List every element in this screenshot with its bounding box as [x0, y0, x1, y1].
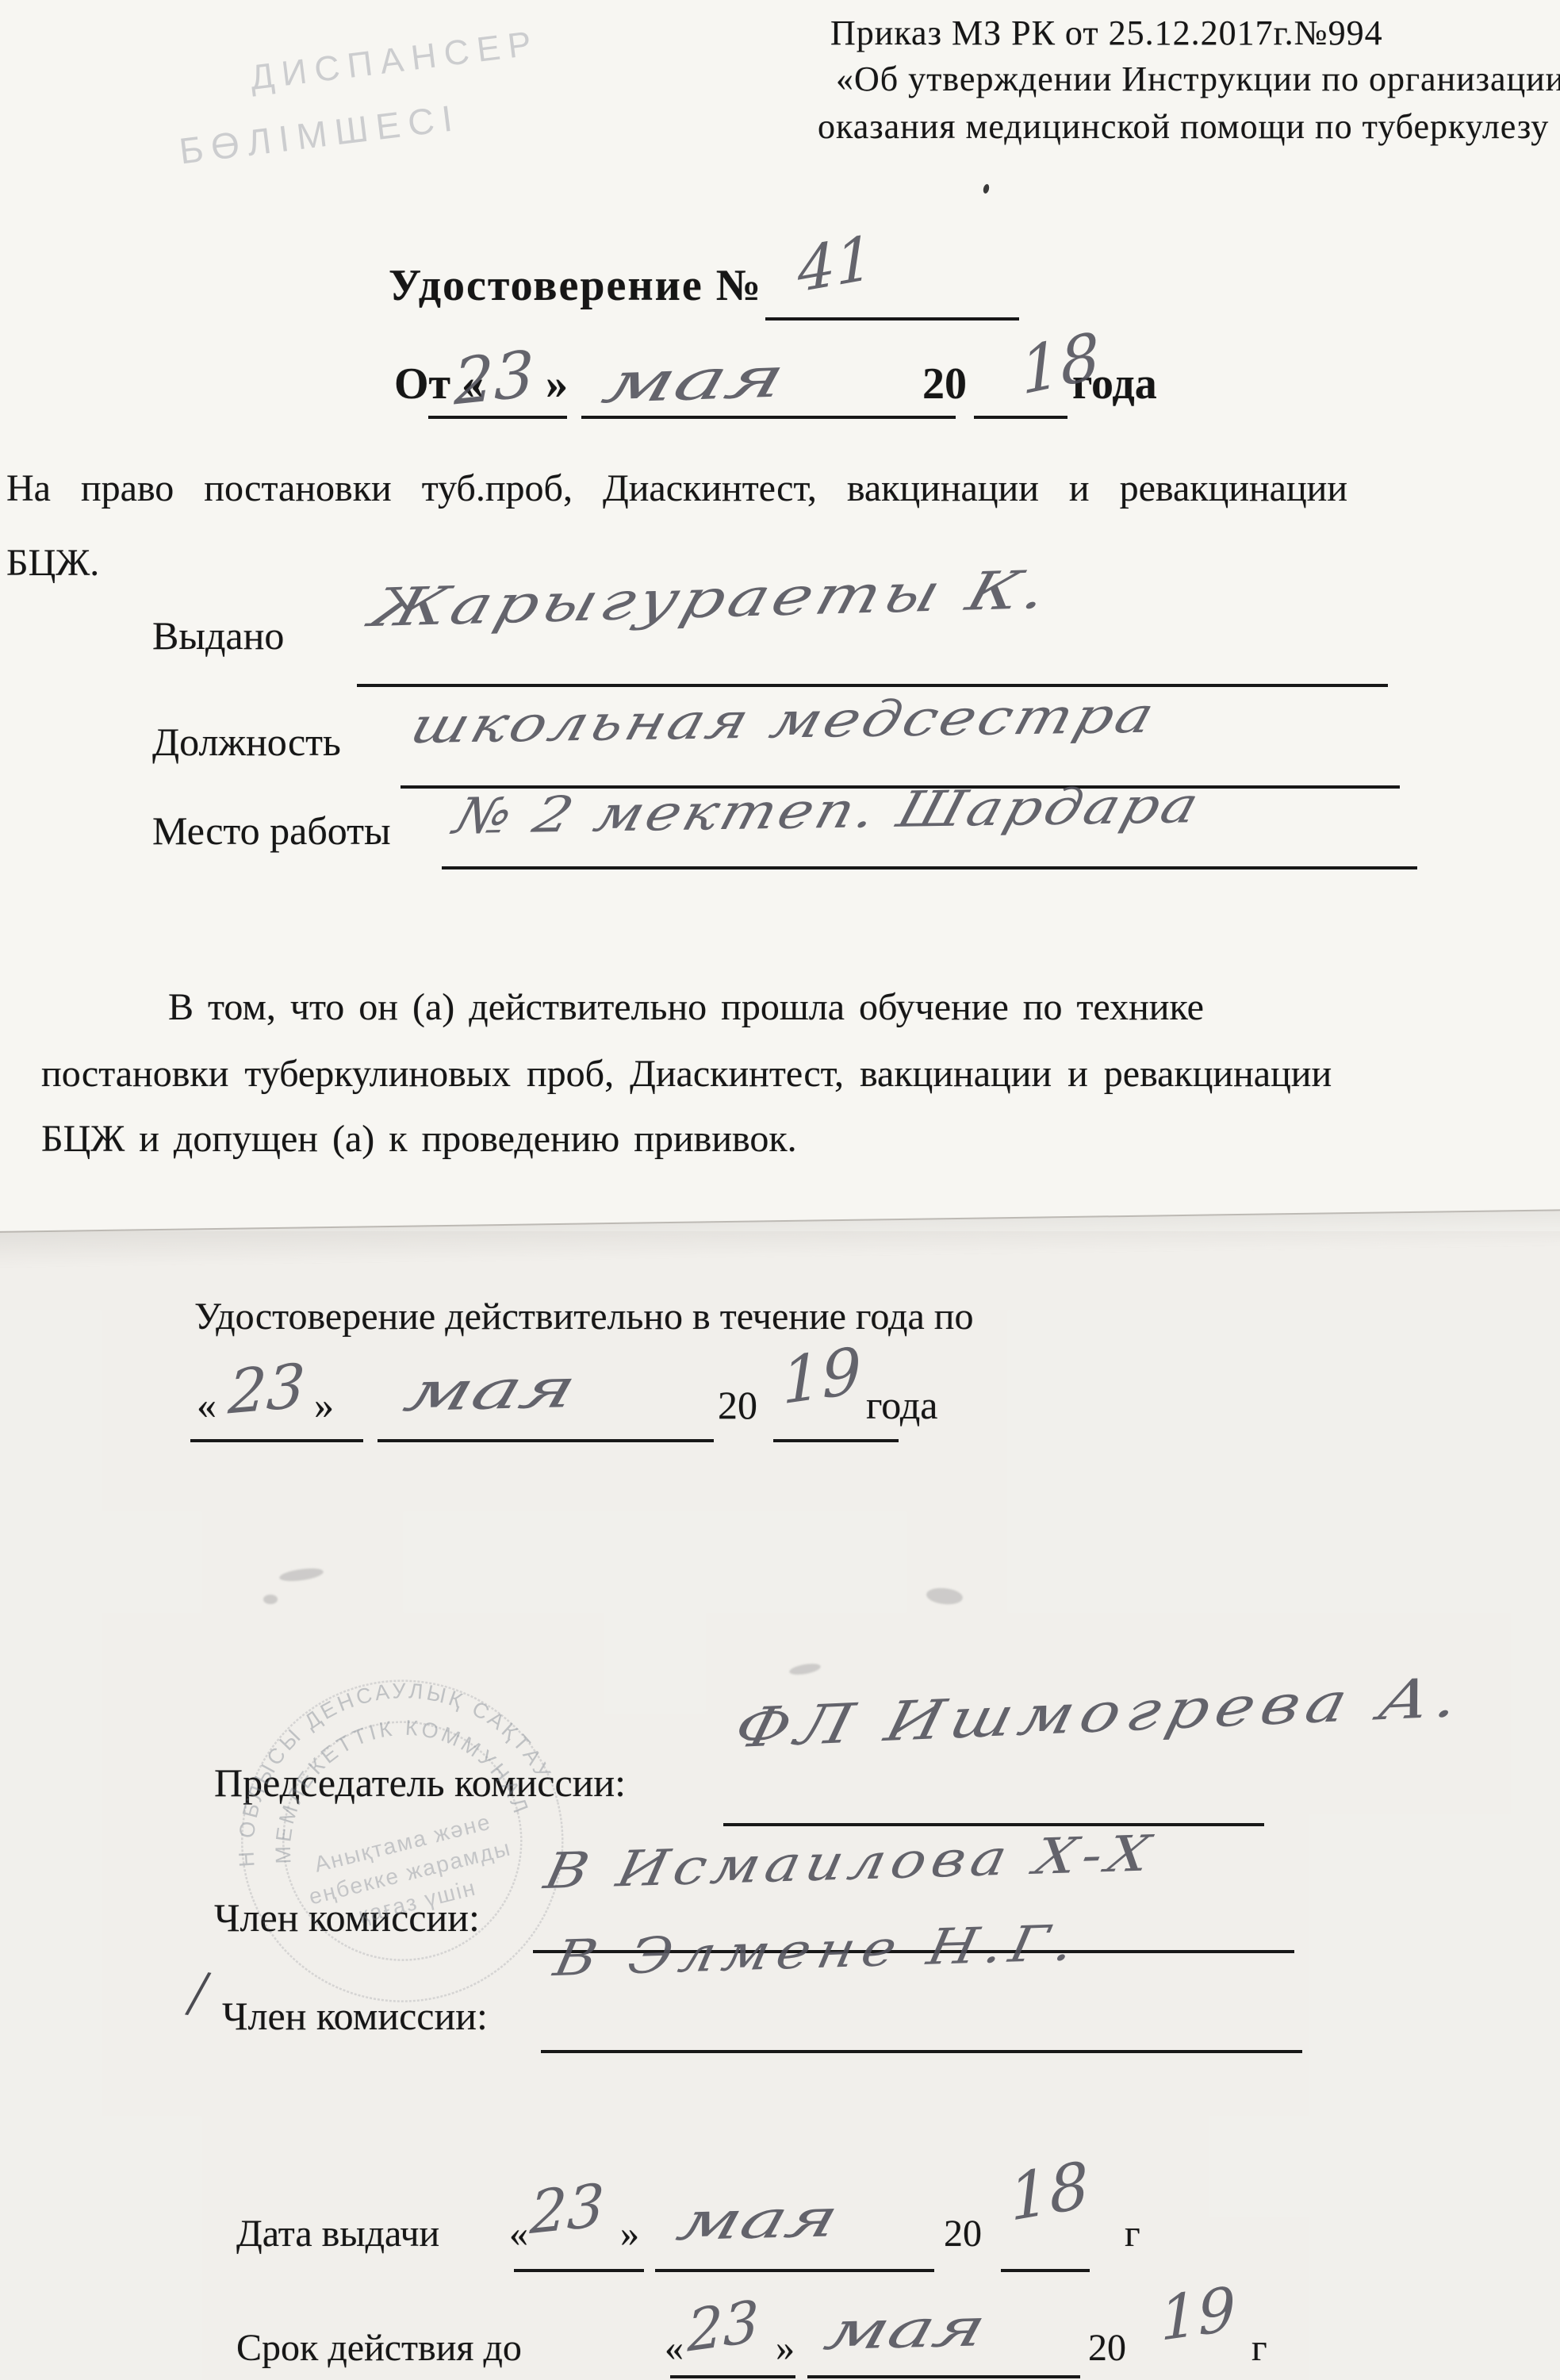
issued-underline	[357, 684, 1388, 687]
from-year-underline	[974, 416, 1067, 419]
issue-year-handwritten: 18	[1007, 2148, 1092, 2236]
validity-month-underline	[378, 1439, 714, 1442]
scanned-certificate-page: ДИСПАНСЕР БӨЛІМШЕСІ Приказ МЗ РК от 25.1…	[0, 0, 1560, 2380]
validity-intro: Удостоверение действительно в течение го…	[194, 1295, 973, 1338]
term-quote-open: «	[665, 2326, 684, 2370]
issue-month-handwritten: мая	[671, 2187, 845, 2252]
term-label: Срок действия до	[236, 2326, 522, 2370]
term-year-suffix: г	[1251, 2326, 1267, 2370]
position-label: Должность	[152, 719, 341, 765]
issue-day-handwritten: 23	[529, 2171, 606, 2248]
term-year-handwritten: 19	[1159, 2273, 1237, 2355]
issue-quote-open: «	[509, 2212, 528, 2255]
term-day-handwritten: 23	[687, 2287, 759, 2365]
corner-stamp-line1: ДИСПАНСЕР	[248, 24, 542, 98]
term-month-handwritten: мая	[818, 2297, 992, 2362]
grant-paragraph-line2: БЦЖ.	[6, 541, 99, 585]
from-day-underline	[428, 416, 567, 419]
workplace-label: Место работы	[152, 808, 391, 854]
from-day-handwritten: 23	[454, 336, 534, 419]
corner-stamp-line2: БӨЛІМШЕСІ	[177, 85, 550, 172]
pencil-smudge	[263, 1595, 278, 1604]
position-handwritten: школьная медсестра	[404, 685, 1163, 754]
validity-quote-open: «	[197, 1382, 217, 1428]
issue-year-underline	[1001, 2269, 1090, 2272]
term-quote-close: »	[776, 2326, 795, 2370]
issue-month-underline	[655, 2269, 934, 2272]
term-day-underline	[670, 2375, 795, 2378]
corner-stamp: ДИСПАНСЕР БӨЛІМШЕСІ	[138, 24, 550, 177]
issue-year-prefix: 20	[944, 2212, 982, 2255]
order-header-line2: «Об утверждении Инструкции по организаци…	[836, 59, 1560, 99]
term-year-prefix: 20	[1088, 2326, 1126, 2370]
from-month-handwritten: мая	[596, 344, 792, 416]
ink-speck	[983, 183, 991, 194]
workplace-underline	[442, 866, 1417, 869]
training-paragraph-line1: В том, что он (а) действительно прошла о…	[168, 985, 1204, 1029]
certificate-number-underline	[765, 317, 1019, 321]
validity-year-underline	[773, 1439, 899, 1442]
issued-label: Выдано	[152, 612, 284, 658]
issue-quote-close: »	[620, 2212, 639, 2255]
validity-year-suffix: года	[866, 1382, 937, 1428]
term-month-underline	[807, 2375, 1080, 2378]
validity-year-handwritten: 19	[780, 1334, 863, 1419]
grant-paragraph-line1: На право постановки туб.проб, Диаскинтес…	[6, 466, 1347, 510]
issue-year-suffix: г	[1125, 2212, 1140, 2255]
order-header-line1: Приказ МЗ РК от 25.12.2017г.№994	[830, 13, 1383, 53]
certificate-title: Удостоверение №	[389, 260, 762, 311]
order-header-line3: оказания медицинской помощи по туберкуле…	[818, 106, 1549, 147]
issue-date-label: Дата выдачи	[236, 2212, 439, 2255]
validity-day-underline	[190, 1439, 363, 1442]
member2-underline	[541, 2050, 1302, 2053]
chair-underline	[723, 1823, 1264, 1826]
validity-year-prefix: 20	[718, 1382, 757, 1428]
workplace-handwritten: № 2 мектеп. Шардара	[448, 776, 1208, 845]
from-quote-close: »	[546, 359, 568, 409]
from-month-underline	[581, 416, 956, 419]
from-year-prefix: 20	[922, 359, 967, 409]
certificate-number-handwritten: 41	[796, 221, 874, 306]
issued-name-handwritten: Жарыгураеты К.	[364, 559, 1058, 639]
issue-day-underline	[514, 2269, 644, 2272]
training-paragraph-line3: БЦЖ и допущен (а) к проведению прививок.	[41, 1117, 797, 1161]
validity-day-handwritten: 23	[227, 1349, 307, 1427]
validity-quote-close: »	[314, 1382, 334, 1428]
training-paragraph-line2: постановки туберкулиновых проб, Диаскинт…	[41, 1052, 1332, 1096]
validity-month-handwritten: мая	[397, 1357, 583, 1424]
